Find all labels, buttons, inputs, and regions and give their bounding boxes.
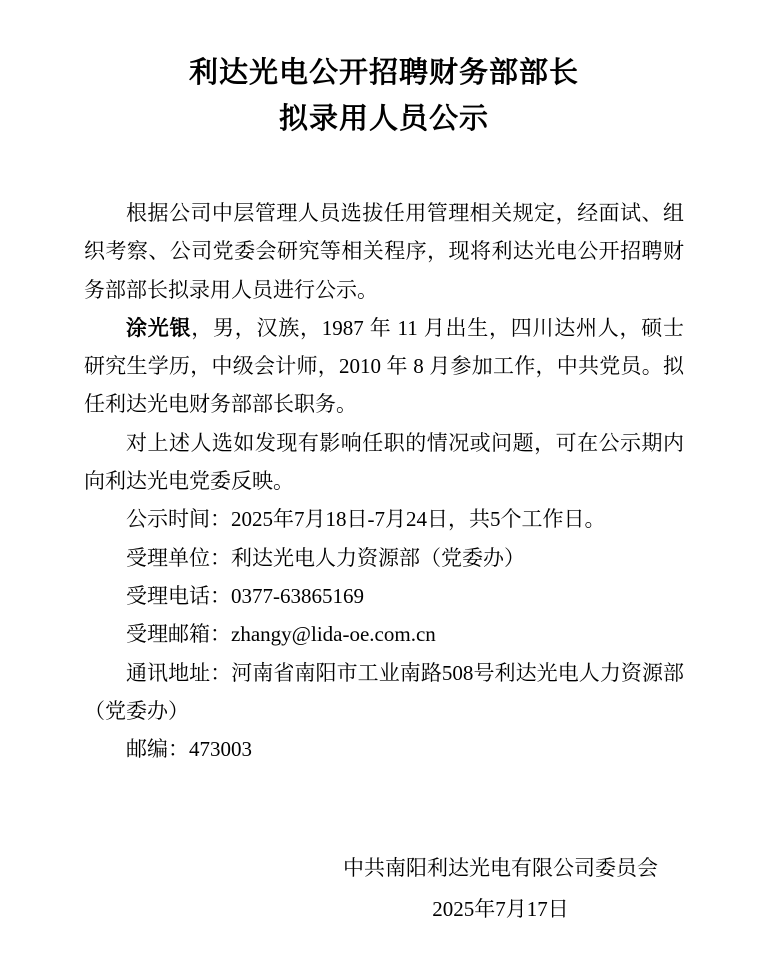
signature-committee: 中共南阳利达光电有限公司委员会 xyxy=(343,848,658,889)
signature-date: 2025年7月17日 xyxy=(343,889,658,930)
accepting-phone-line: 受理电话：0377-63865169 xyxy=(84,577,684,615)
title-line-1: 利达光电公开招聘财务部部长 xyxy=(84,50,684,96)
document-body: 根据公司中层管理人员选拔任用管理相关规定，经面试、组织考察、公司党委会研究等相关… xyxy=(84,194,684,768)
mailing-address-line: 通讯地址：河南省南阳市工业南路508号利达光电人力资源部（党委办） xyxy=(84,654,684,731)
intro-paragraph: 根据公司中层管理人员选拔任用管理相关规定，经面试、组织考察、公司党委会研究等相关… xyxy=(84,194,684,309)
document-page: 利达光电公开招聘财务部部长 拟录用人员公示 根据公司中层管理人员选拔任用管理相关… xyxy=(0,0,768,970)
feedback-paragraph: 对上述人选如发现有影响任职的情况或问题，可在公示期内向利达光电党委反映。 xyxy=(84,424,684,501)
publicity-period-line: 公示时间：2025年7月18日-7月24日，共5个工作日。 xyxy=(84,500,684,538)
candidate-name: 涂光银 xyxy=(126,316,191,340)
postal-code-line: 邮编：473003 xyxy=(84,730,684,768)
accepting-unit-line: 受理单位：利达光电人力资源部（党委办） xyxy=(84,539,684,577)
accepting-email-line: 受理邮箱：zhangy@lida-oe.com.cn xyxy=(84,615,684,653)
document-title: 利达光电公开招聘财务部部长 拟录用人员公示 xyxy=(84,50,684,142)
document-footer: 中共南阳利达光电有限公司委员会 2025年7月17日 xyxy=(343,848,658,930)
title-line-2: 拟录用人员公示 xyxy=(84,96,684,142)
candidate-paragraph: 涂光银，男，汉族，1987 年 11 月出生，四川达州人，硕士研究生学历，中级会… xyxy=(84,309,684,424)
